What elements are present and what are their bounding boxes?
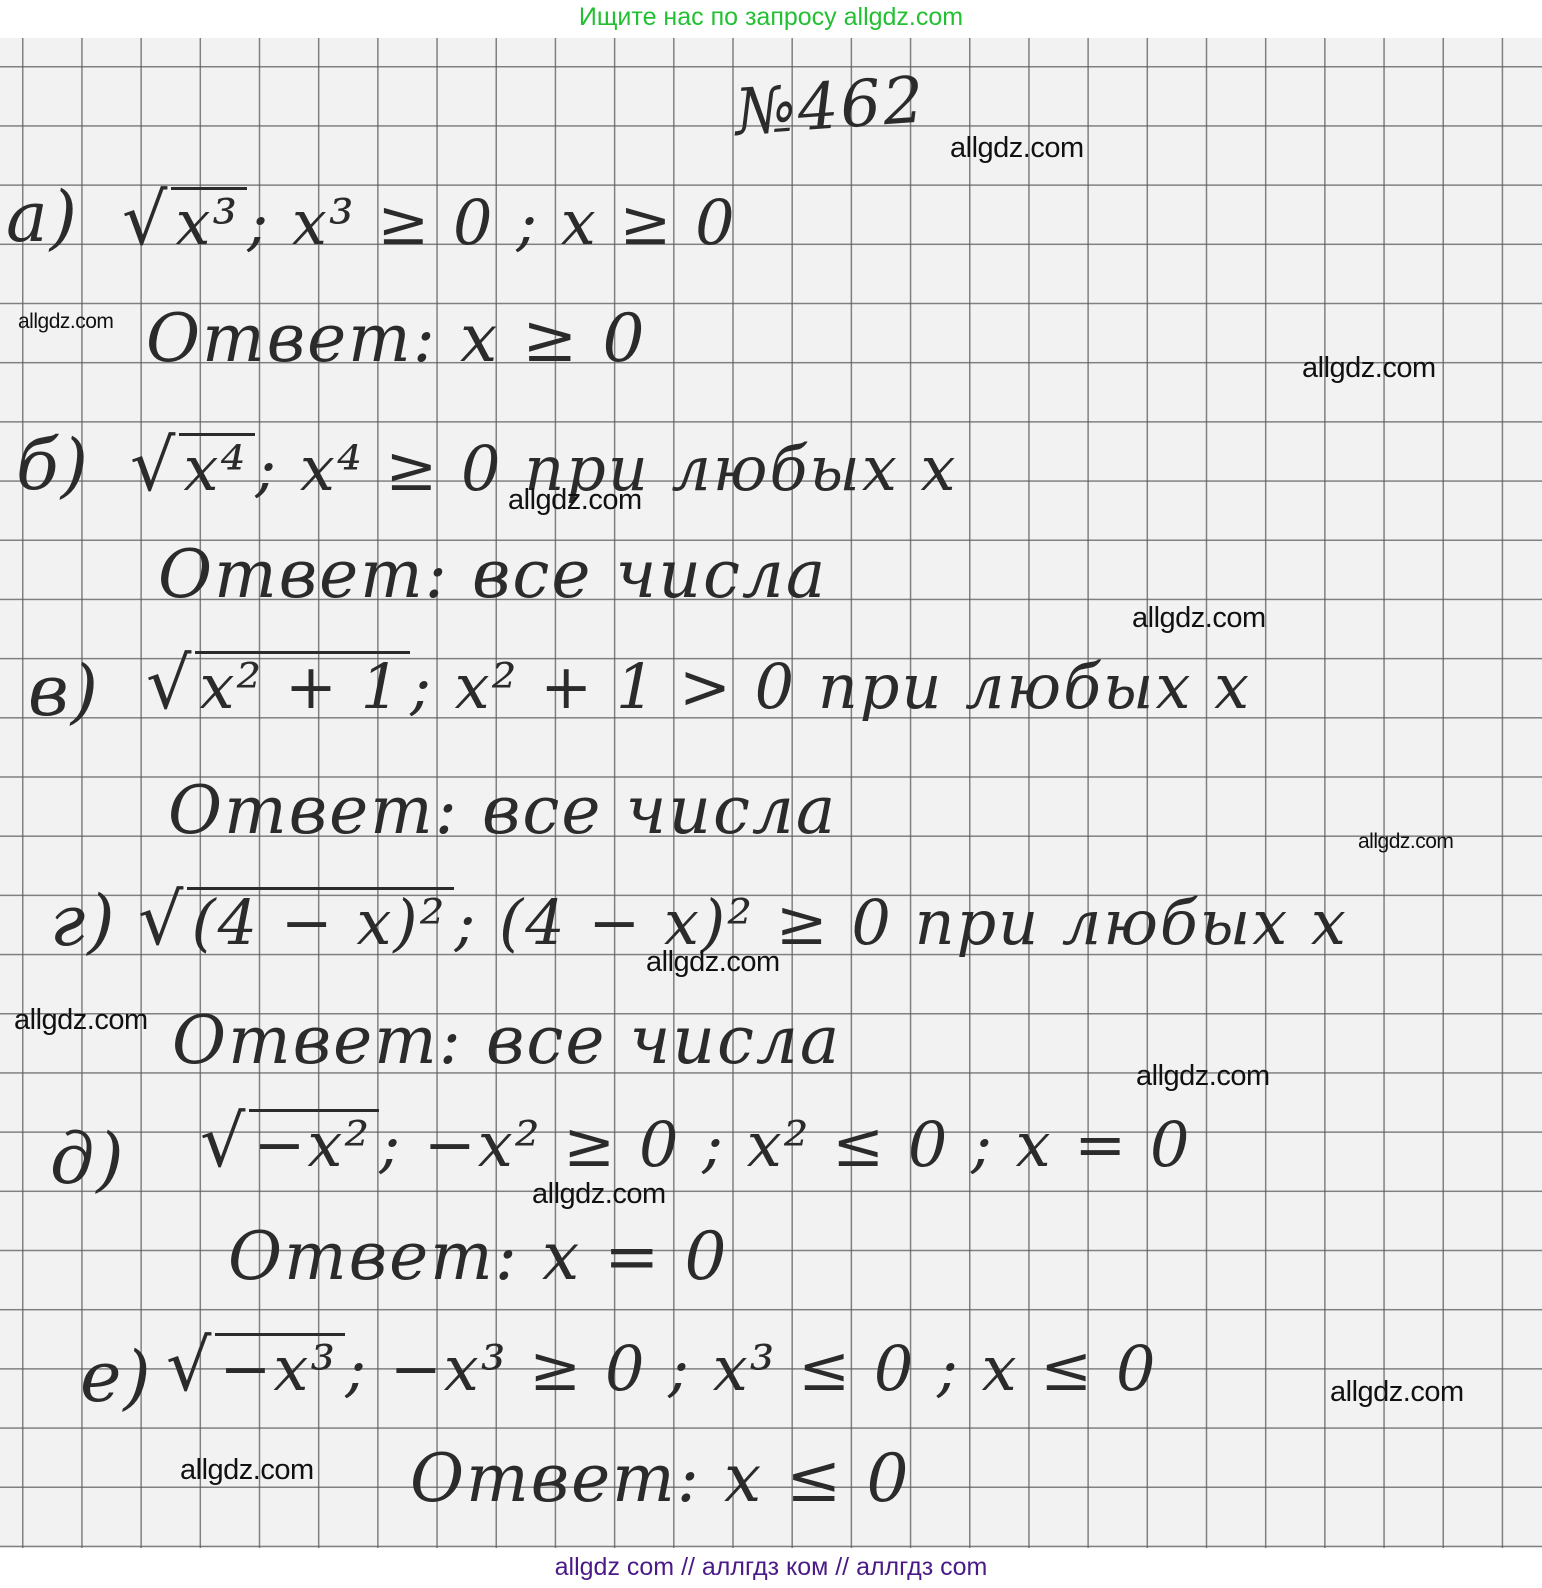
sqrt-icon: √	[122, 178, 169, 261]
watermark: allgdz.com	[1358, 830, 1453, 854]
problem-label-d: д)	[50, 1118, 126, 1200]
watermark: allgdz.com	[14, 1004, 148, 1037]
problem-v-expression: √x² + 1; x² + 1 > 0 при любых x	[146, 642, 1251, 725]
radicand: x⁴	[179, 433, 255, 501]
watermark: allgdz.com	[508, 484, 642, 517]
problem-e-expression: √−x³; −x³ ≥ 0 ; x³ ≤ 0 ; x ≤ 0	[166, 1324, 1157, 1407]
bottom-banner: allgdz com // аллгдз ком // аллгдз com	[0, 1548, 1542, 1588]
notebook-page: №462 а) √x³; x³ ≥ 0 ; x ≥ 0 Ответ: x ≥ 0…	[0, 38, 1542, 1548]
problem-g-answer: Ответ: все числа	[172, 1002, 841, 1079]
problem-work: ; −x³ ≥ 0 ; x³ ≤ 0 ; x ≤ 0	[345, 1332, 1157, 1405]
radicand: x² + 1	[195, 651, 410, 719]
watermark: allgdz.com	[950, 132, 1084, 165]
problem-e-answer: Ответ: x ≤ 0	[410, 1440, 910, 1517]
problem-b-answer: Ответ: все числа	[158, 536, 827, 613]
sqrt-icon: √	[130, 424, 177, 507]
problem-label-g: г)	[50, 880, 117, 962]
sqrt-icon: √	[166, 1324, 213, 1407]
problem-label-a: а)	[6, 176, 79, 258]
watermark: allgdz.com	[532, 1178, 666, 1211]
problem-work: ; x² + 1 > 0 при любых x	[410, 650, 1251, 723]
sqrt-icon: √	[200, 1100, 247, 1183]
watermark: allgdz.com	[1330, 1376, 1464, 1409]
radicand: −x³	[215, 1333, 345, 1401]
problem-label-v: в)	[28, 650, 100, 732]
watermark: allgdz.com	[646, 946, 780, 979]
problem-work: ; −x² ≥ 0 ; x² ≤ 0 ; x = 0	[379, 1108, 1191, 1181]
sqrt-icon: √	[138, 878, 185, 961]
problem-d-expression: √−x²; −x² ≥ 0 ; x² ≤ 0 ; x = 0	[200, 1100, 1191, 1183]
problem-label-b: б)	[16, 424, 90, 506]
problem-a-answer: Ответ: x ≥ 0	[146, 300, 646, 377]
watermark: allgdz.com	[1136, 1060, 1270, 1093]
problem-work: ; (4 − x)² ≥ 0 при любых x	[454, 886, 1347, 959]
problem-a-expression: √x³; x³ ≥ 0 ; x ≥ 0	[122, 178, 737, 261]
watermark: allgdz.com	[180, 1454, 314, 1487]
problem-work: ; x³ ≥ 0 ; x ≥ 0	[247, 186, 736, 259]
problem-label-e: е)	[80, 1336, 153, 1418]
sqrt-icon: √	[146, 642, 193, 725]
watermark: allgdz.com	[18, 310, 113, 334]
radicand: (4 − x)²	[187, 887, 454, 955]
radicand: x³	[171, 187, 247, 255]
top-banner: Ищите нас по запросу allgdz.com	[0, 0, 1542, 36]
watermark: allgdz.com	[1132, 602, 1266, 635]
radicand: −x²	[249, 1109, 379, 1177]
problem-d-answer: Ответ: x = 0	[228, 1218, 728, 1295]
exercise-number: №462	[733, 63, 928, 150]
problem-v-answer: Ответ: все числа	[168, 772, 837, 849]
watermark: allgdz.com	[1302, 352, 1436, 385]
